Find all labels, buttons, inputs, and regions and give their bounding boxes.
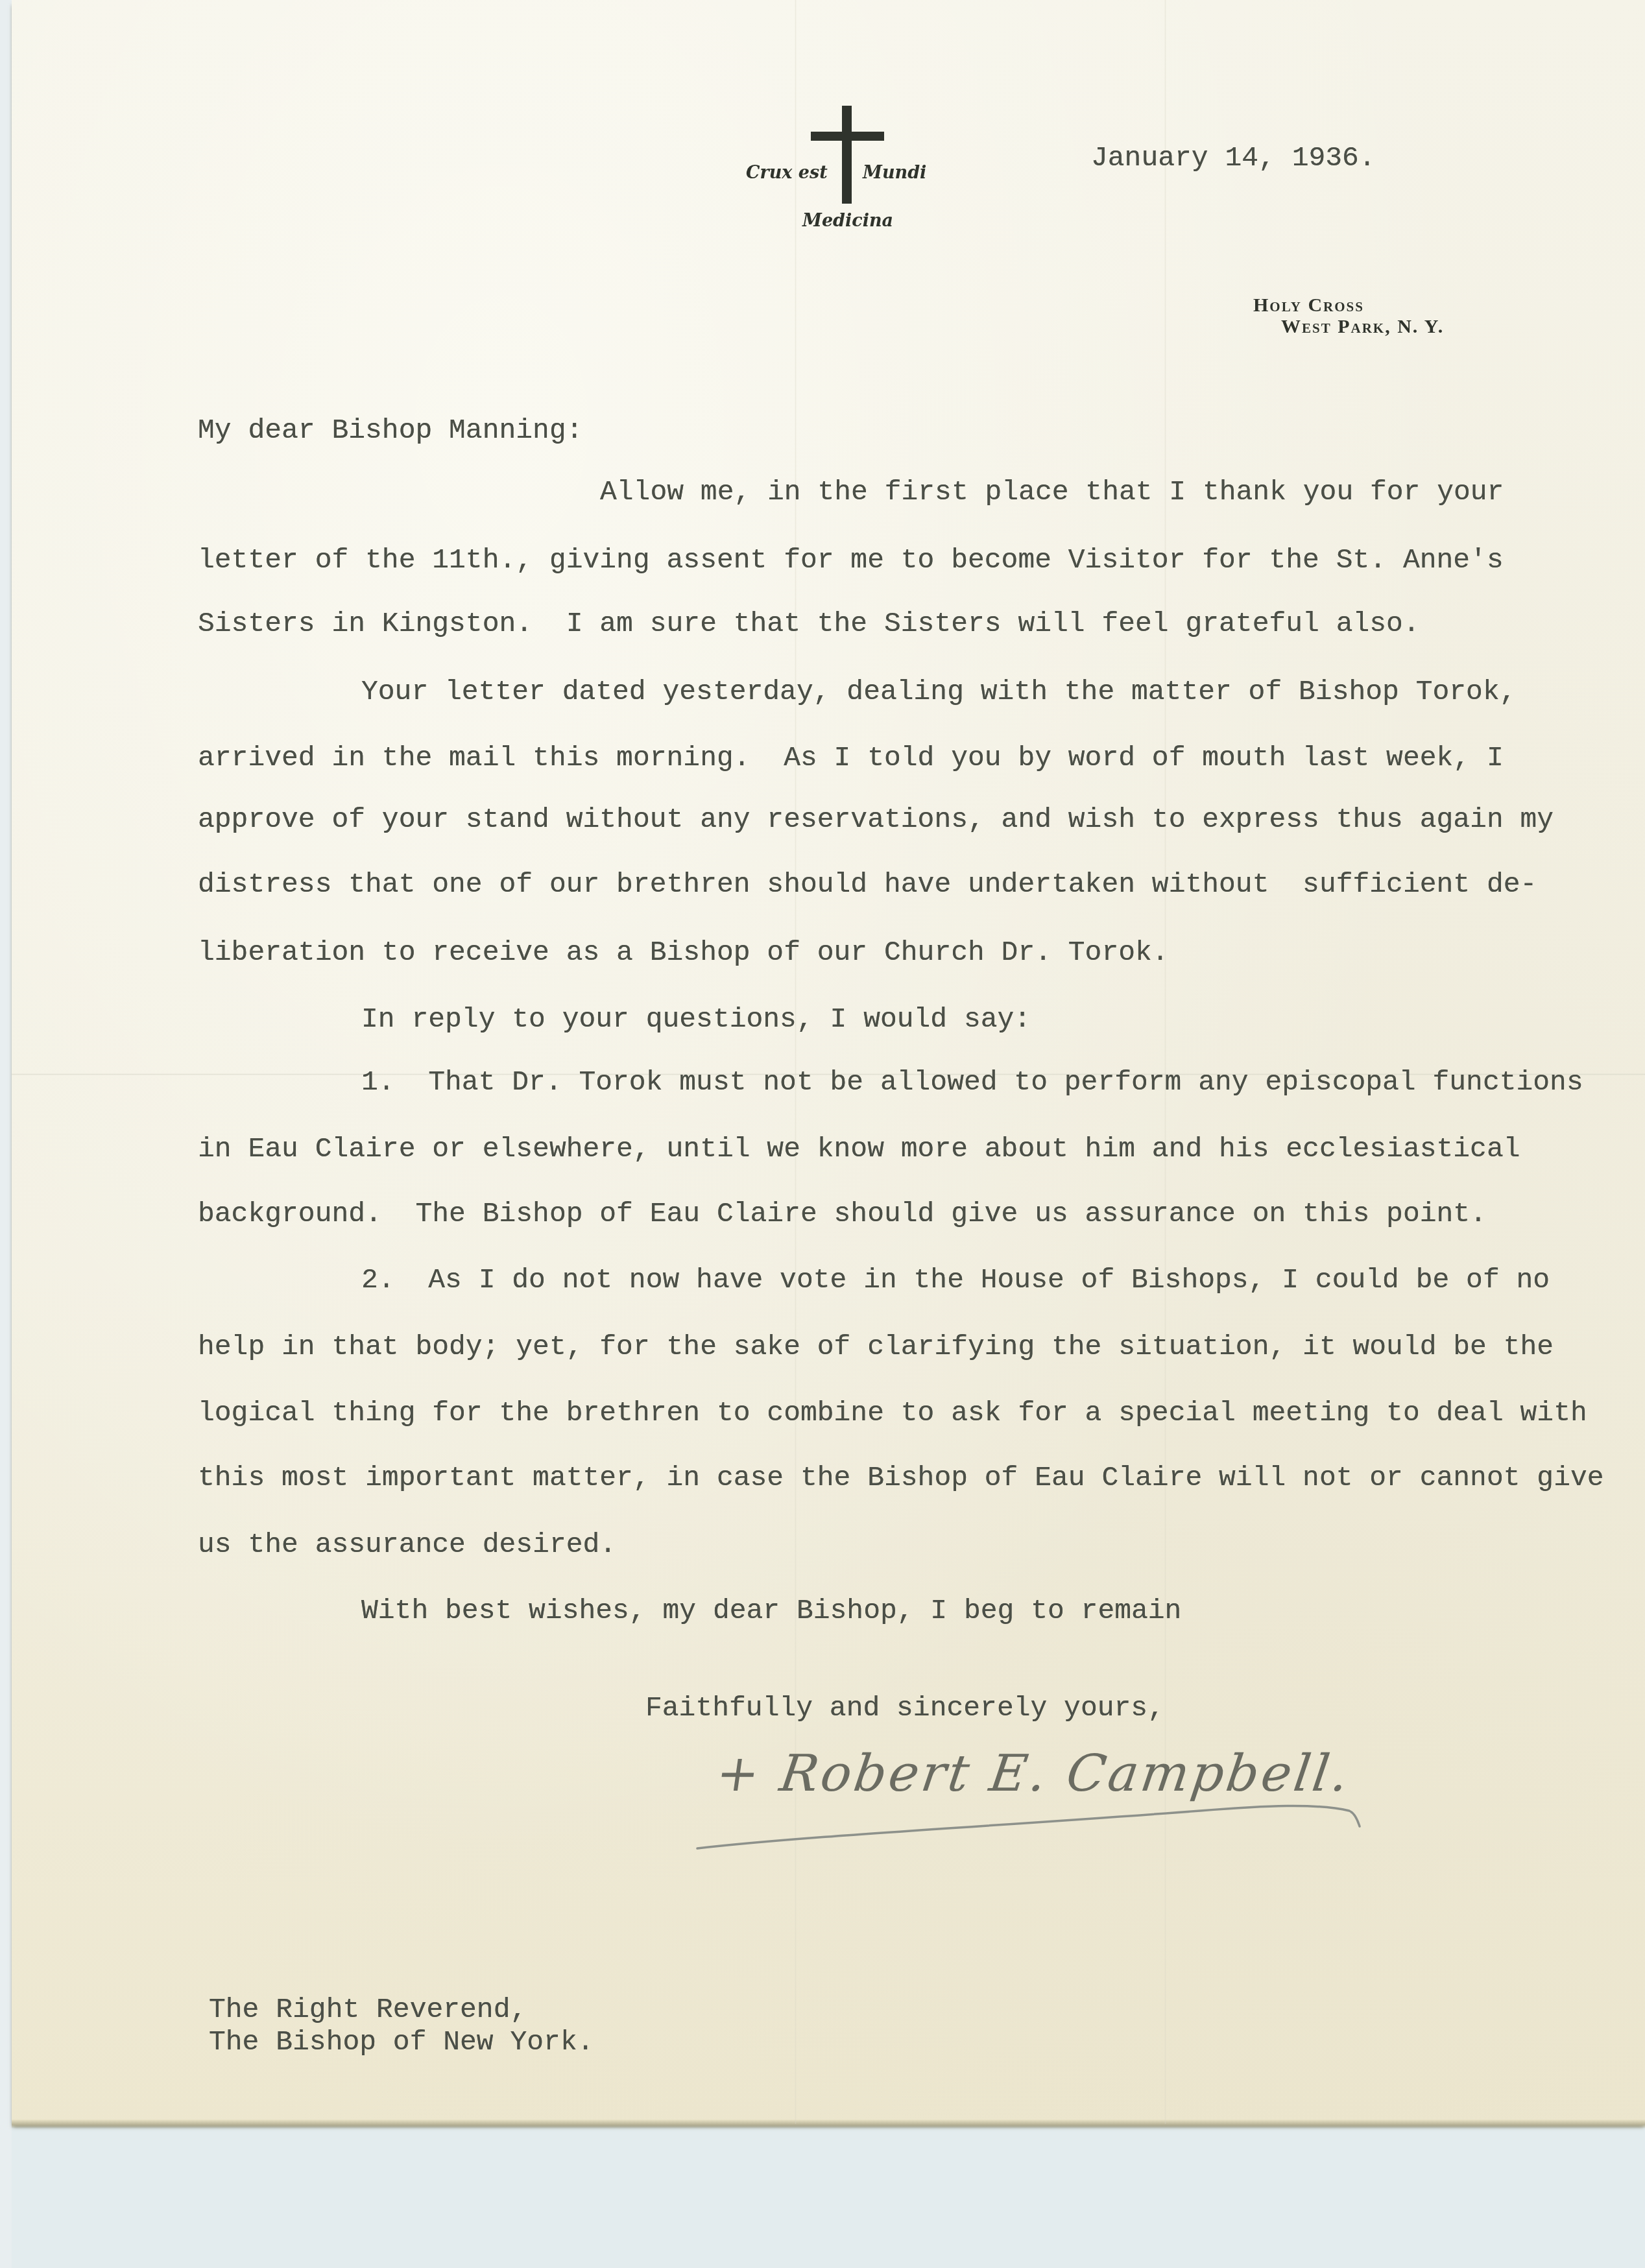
body-line: liberation to receive as a Bishop of our… (198, 938, 1169, 966)
letterhead-address-line2: West Park, N. Y. (1281, 317, 1444, 337)
salutation: My dear Bishop Manning: (198, 416, 583, 444)
body-line: In reply to your questions, I would say: (361, 1005, 1031, 1033)
body-line: Allow me, in the first place that I than… (600, 478, 1504, 506)
body-line: logical thing for the brethren to combin… (198, 1399, 1587, 1427)
body-line: arrived in the mail this morning. As I t… (198, 744, 1504, 772)
numbered-item-1: 1. That Dr. Torok must not be allowed to… (361, 1068, 1583, 1096)
body-line: background. The Bishop of Eau Claire sho… (198, 1200, 1487, 1228)
body-line: Sisters in Kingston. I am sure that the … (198, 610, 1420, 638)
motto-right: Mundi (863, 164, 926, 182)
recipient-line2: The Bishop of New York. (209, 2028, 594, 2056)
motto-left: Crux est (746, 164, 828, 182)
letterhead-address-line1: Holy Cross (1253, 296, 1364, 315)
body-line: in Eau Claire or elsewhere, until we kno… (198, 1135, 1520, 1163)
body-line: this most important matter, in case the … (198, 1464, 1604, 1492)
signature-underline (681, 1738, 1401, 1868)
motto-bottom: Medicina (802, 212, 893, 230)
body-line: With best wishes, my dear Bishop, I beg … (361, 1597, 1181, 1625)
scanner-background-left (0, 0, 12, 2268)
paper-bottom-edge (12, 2119, 1645, 2129)
body-line: approve of your stand without any reserv… (198, 806, 1554, 833)
body-line: us the assurance desired. (198, 1531, 616, 1558)
cross-icon (842, 106, 852, 204)
body-line: help in that body; yet, for the sake of … (198, 1333, 1554, 1361)
signature: + Robert E. Campbell. (681, 1738, 1401, 1868)
recipient-line1: The Right Reverend, (209, 1996, 527, 2023)
body-line: Your letter dated yesterday, dealing wit… (361, 678, 1517, 706)
letter-date: January 14, 1936. (1091, 144, 1376, 172)
body-line: letter of the 11th., giving assent for m… (198, 546, 1504, 574)
body-line: distress that one of our brethren should… (198, 870, 1537, 898)
closing: Faithfully and sincerely yours, (645, 1694, 1164, 1722)
numbered-item-2: 2. As I do not now have vote in the Hous… (361, 1266, 1550, 1294)
cross-icon-bar (811, 132, 884, 141)
